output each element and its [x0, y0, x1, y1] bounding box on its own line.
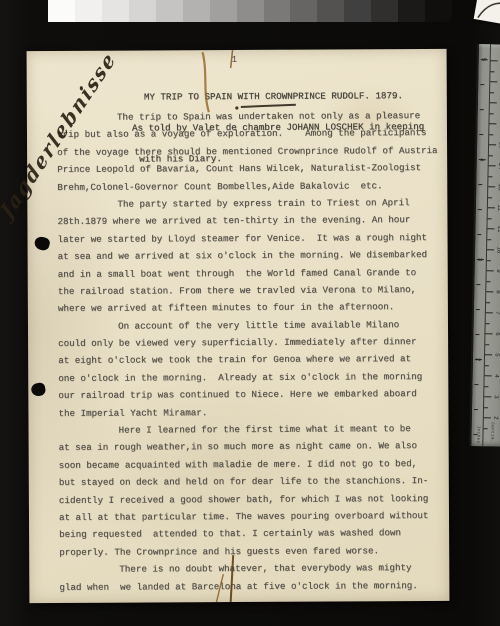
ruler-tick	[477, 234, 481, 235]
ruler-tick	[478, 184, 482, 185]
ruler-tick	[486, 302, 490, 303]
ruler-tick	[489, 123, 496, 124]
ruler-tick	[480, 84, 484, 85]
ruler-tick	[484, 386, 488, 387]
grayscale-calibration-strip	[48, 0, 452, 22]
ruler-tick	[479, 134, 483, 135]
ruler-tick	[485, 354, 492, 355]
ruler-tick	[490, 81, 497, 82]
gray-step	[75, 0, 102, 22]
ruler-number-cm: 10	[495, 246, 500, 254]
ruler-tick	[488, 197, 492, 198]
text-line: There is no doubt whatever, that everybo…	[59, 562, 445, 581]
text-line: later we started by Lloyd steamer for Ve…	[58, 232, 444, 251]
text-line: at sea in rough weather,in so much more …	[59, 440, 445, 459]
ruler-number-cm: 2	[492, 414, 499, 422]
ruler-unit-label: Centim.	[489, 422, 493, 442]
punch-hole	[33, 235, 51, 251]
text-line: where we arrived at fifteen minutes to f…	[58, 301, 444, 320]
ruler-tick	[478, 209, 482, 210]
text-line: On account of the very little time avail…	[58, 319, 444, 338]
scanned-archive-photo: { "page": { "number": "1", "annotation":…	[0, 0, 500, 626]
ruler-number-cm: 11	[496, 225, 500, 233]
typewritten-body: The trip to Spain was undertaken not onl…	[57, 110, 446, 599]
pen-squiggle	[474, 0, 500, 25]
text-line: Here I learned for the first time what i…	[59, 423, 445, 442]
gray-step	[290, 0, 317, 22]
ruler-tick	[484, 417, 491, 418]
ruler-tick	[475, 334, 479, 335]
text-line: being requested attended to that. I cert…	[59, 527, 445, 546]
document-page: 1 MY TRIP TO SPAIN WITH CROWNPRINCE RUDO…	[27, 49, 450, 603]
ruler-tick	[484, 396, 491, 397]
ruler-unit-label: Inches	[475, 426, 479, 443]
ruler-number-cm: 12	[496, 204, 500, 212]
text-line: Brehm,Colonel-Governor Count Bombelles,A…	[57, 179, 443, 198]
text-line: could only be viewed very superficially.…	[58, 336, 444, 355]
ruler-tick	[474, 384, 478, 385]
ruler-tick	[485, 344, 489, 345]
page-number: 1	[232, 54, 238, 65]
gray-step	[371, 0, 398, 22]
text-line: soon became acquainted with maladie de m…	[59, 458, 445, 477]
ruler-tick	[486, 312, 493, 313]
gray-step	[398, 0, 425, 22]
ruler-number-inch: 4	[478, 156, 485, 164]
text-line: of the voyage there should be mentioned …	[57, 145, 443, 164]
ruler-tick	[476, 309, 480, 310]
ruler-tick	[487, 270, 494, 271]
ruler-tick	[489, 134, 493, 135]
ruler-number-inch: 5	[480, 56, 487, 64]
gray-step	[317, 0, 344, 22]
ruler-tick	[484, 407, 488, 408]
text-line: but stayed on deck and held on for dear …	[59, 475, 445, 494]
ruler-tick	[490, 113, 494, 114]
ruler-tick	[491, 60, 498, 61]
text-line: our railroad trip was continued to Niece…	[58, 388, 444, 407]
text-line: cidently I received a good shower bath, …	[59, 493, 445, 512]
ruler-tick	[486, 323, 490, 324]
ruler-number-inch: 3	[476, 256, 483, 264]
ruler-tick	[488, 207, 495, 208]
gray-step	[264, 0, 291, 22]
text-line: one o'clock in the morning. Already at s…	[58, 371, 444, 390]
text-line: 28th.1879 where we arrived at ten-thirty…	[57, 214, 443, 233]
text-line: The trip to Spain was undertaken not onl…	[57, 110, 443, 129]
ruler-tick	[487, 228, 494, 229]
text-line: the railroad station. From there we trav…	[58, 284, 444, 303]
measurement-ruler: 19181716151413121110987654325432InchesCe…	[469, 44, 500, 447]
ruler-tick	[488, 176, 492, 177]
text-line: properly. The Crownprince and his guests…	[59, 545, 445, 564]
ruler-tick	[480, 109, 484, 110]
ruler-number-cm: 8	[495, 288, 500, 296]
text-line: and in a small boat went through the Wor…	[58, 266, 444, 285]
text-line: at all at that particular time. The wave…	[59, 510, 445, 529]
gray-step	[344, 0, 371, 22]
ruler-number-cm: 7	[494, 309, 500, 317]
ruler-tick	[490, 102, 497, 103]
text-line: The party started by express train to Tr…	[57, 197, 443, 216]
ruler-tick	[490, 92, 494, 93]
punch-hole	[30, 382, 46, 397]
ruler-tick	[486, 291, 493, 292]
ruler-tick	[485, 333, 492, 334]
text-line: the Imperial Yacht Miramar.	[58, 406, 444, 425]
ruler-tick	[488, 218, 492, 219]
ruler-tick	[487, 239, 491, 240]
ruler-tick	[489, 165, 496, 166]
ruler-tick	[489, 155, 493, 156]
ruler-number-cm: 3	[493, 393, 500, 401]
gray-step	[210, 0, 237, 22]
ruler-tick	[484, 428, 488, 429]
ruler-tick	[485, 365, 489, 366]
ruler-tick	[474, 409, 478, 410]
corner-note-card	[474, 0, 500, 25]
gray-step	[102, 0, 129, 22]
text-line: Prince Leopold of Bavaria, Count Hans Wi…	[57, 162, 443, 181]
ruler-number-cm: 5	[493, 351, 500, 359]
text-line: at eight o'clock we took the train for G…	[58, 353, 444, 372]
ruler-tick	[489, 144, 496, 145]
text-line: glad when we landed at Barcelona at five…	[59, 579, 445, 598]
gray-step	[425, 0, 452, 22]
ruler-tick	[490, 71, 494, 72]
gray-step	[129, 0, 156, 22]
ruler-number-cm: 9	[495, 267, 500, 275]
ruler-tick	[485, 375, 492, 376]
gray-step	[156, 0, 183, 22]
ruler-tick	[476, 284, 480, 285]
title-line: MY TRIP TO SPAIN WITH CROWNPRINCE RUDOLF…	[144, 91, 447, 103]
gray-step	[48, 0, 75, 22]
gray-step	[237, 0, 264, 22]
text-line: trip but also as a voyage of exploration…	[57, 127, 443, 146]
ruler-number-cm: 4	[493, 372, 500, 380]
ruler-number-cm: 6	[494, 330, 500, 338]
ruler-tick	[487, 249, 494, 250]
text-line: at sea and we arrived at six o'clock in …	[58, 249, 444, 268]
ruler-tick	[488, 186, 495, 187]
gray-step	[183, 0, 210, 22]
ruler-number-inch: 2	[474, 356, 481, 364]
ruler-tick	[487, 260, 491, 261]
ruler-tick	[486, 281, 490, 282]
